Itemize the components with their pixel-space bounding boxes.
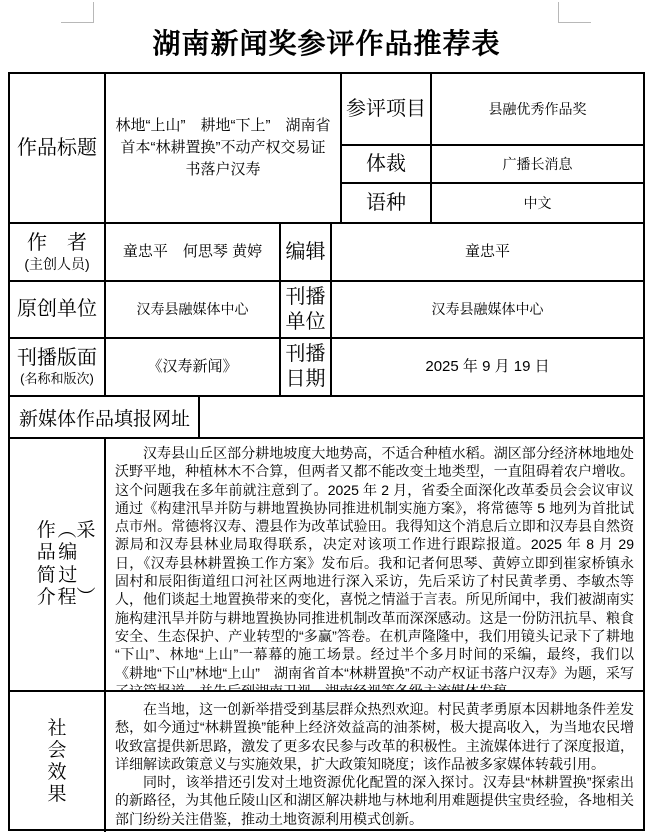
publish-page-label: 刊播版面 [17, 346, 97, 371]
entry-category-label: 参评项目 [342, 74, 432, 144]
social-effect-text-cell: 在当地，这一创新举措受到基层群众热烈欢迎。村民黄孝勇原本因耕地条件差发愁，如今通… [106, 692, 643, 832]
margin-mark-top-right [558, 2, 591, 23]
language-label: 语种 [342, 184, 432, 222]
publish-date-label: 刊播日期 [281, 339, 332, 395]
author-value: 童忠平 何思琴 黄婷 [106, 224, 281, 280]
work-intro-text-cell: 汉寿县山丘区部分耕地坡度大地势高，不适合种植水稻。湖区部分经济林地地处沃野平地，… [106, 439, 643, 690]
row-language: 语种 中文 [342, 184, 643, 222]
publish-unit-label: 刊播单位 [281, 282, 332, 337]
original-unit-label: 原创单位 [10, 282, 106, 337]
work-intro-text: 汉寿县山丘区部分耕地坡度大地势高，不适合种植水稻。湖区部分经济林地地处沃野平地，… [115, 444, 634, 690]
work-title-value: 林地“上山” 耕地“下上” 湖南省首本“林耕置换”不动产权交易证书落户汉寿 [106, 115, 340, 180]
author-label-cell: 作 者 (主创人员) [10, 224, 106, 280]
row-author: 作 者 (主创人员) 童忠平 何思琴 黄婷 编辑 童忠平 [10, 224, 643, 282]
row-entry-category: 参评项目 县融优秀作品奖 [342, 74, 643, 146]
work-title-cell: 林地“上山” 耕地“下上” 湖南省首本“林耕置换”不动产权交易证书落户汉寿 [106, 74, 342, 222]
entry-category-value: 县融优秀作品奖 [432, 74, 643, 144]
row-work-title: 作品标题 林地“上山” 耕地“下上” 湖南省首本“林耕置换”不动产权交易证书落户… [10, 74, 643, 224]
publish-page-value: 《汉寿新闻》 [106, 339, 281, 395]
recommendation-table: 作品标题 林地“上山” 耕地“下上” 湖南省首本“林耕置换”不动产权交易证书落户… [8, 72, 645, 831]
page-title: 湖南新闻奖参评作品推荐表 [0, 22, 653, 62]
work-intro-label-paren: ︵采编过程︶ [58, 520, 79, 608]
work-title-label: 作品标题 [10, 74, 106, 222]
publish-page-sublabel: (名称和版次) [20, 371, 94, 388]
publish-page-label-cell: 刊播版面 (名称和版次) [10, 339, 106, 395]
editor-label: 编辑 [281, 224, 332, 280]
row-original-unit: 原创单位 汉寿县融媒体中心 刊播单位 汉寿县融媒体中心 [10, 282, 643, 339]
publish-unit-value: 汉寿县融媒体中心 [332, 282, 643, 337]
social-effect-paragraph-1: 在当地，这一创新举措受到基层群众热烈欢迎。村民黄孝勇原本因耕地条件差发愁，如今通… [115, 700, 634, 773]
author-label: 作 者 [27, 231, 87, 256]
genre-label: 体裁 [342, 146, 432, 182]
social-effect-label-cell: 社会效果 [10, 692, 106, 832]
publish-date-value: 2025 年 9 月 19 日 [332, 339, 643, 395]
row-work-intro: 作品简介 ︵采编过程︶ 汉寿县山丘区部分耕地坡度大地势高，不适合种植水稻。湖区部… [10, 439, 643, 692]
genre-value: 广播长消息 [432, 146, 643, 182]
row-publish-page: 刊播版面 (名称和版次) 《汉寿新闻》 刊播日期 2025 年 9 月 19 日 [10, 339, 643, 397]
author-sublabel: (主创人员) [24, 256, 89, 273]
editor-value: 童忠平 [332, 224, 643, 280]
row-new-media-url: 新媒体作品填报网址 [10, 397, 643, 439]
social-effect-paragraph-2: 同时，该举措还引发对土地资源优化配置的深入探讨。汉寿县“林耕置换”探索出的新路径… [115, 773, 634, 828]
row-social-effect: 社会效果 在当地，这一创新举措受到基层群众热烈欢迎。村民黄孝勇原本因耕地条件差发… [10, 692, 643, 832]
original-unit-value: 汉寿县融媒体中心 [106, 282, 281, 337]
margin-mark-top-left [61, 2, 94, 23]
new-media-url-value[interactable] [200, 397, 643, 437]
work-intro-label-main: 作品简介 [36, 520, 57, 608]
social-effect-label: 社会效果 [47, 718, 68, 806]
work-intro-label-cell: 作品简介 ︵采编过程︶ [10, 439, 106, 690]
new-media-url-label: 新媒体作品填报网址 [10, 397, 200, 437]
document-page: 湖南新闻奖参评作品推荐表 作品标题 林地“上山” 耕地“下上” 湖南省首本“林耕… [0, 0, 653, 835]
row-genre: 体裁 广播长消息 [342, 146, 643, 184]
language-value: 中文 [432, 184, 643, 222]
